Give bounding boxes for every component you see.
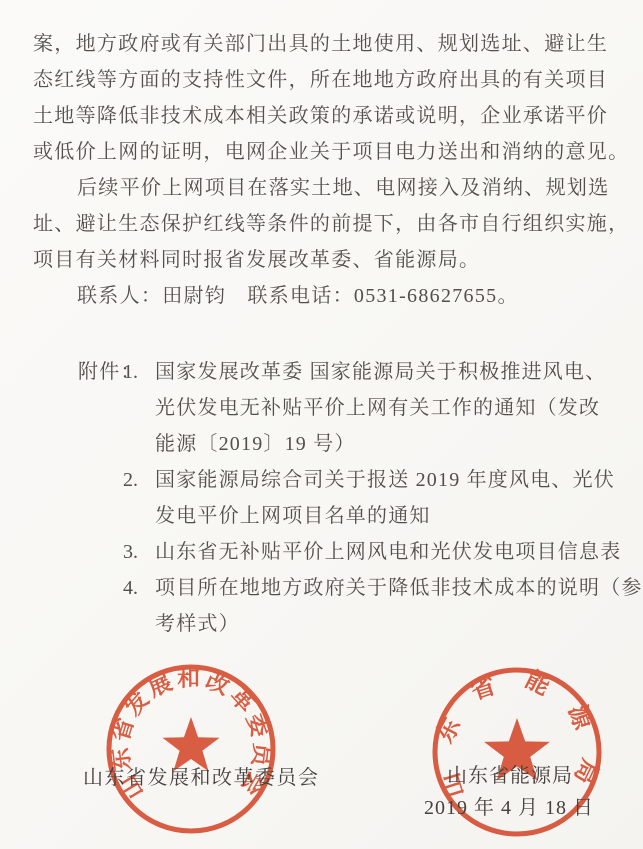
attachments-list: 1. 国家发展改革委 国家能源局关于积极推进风电、 光伏发电无补贴平价上网有关工… <box>155 354 623 642</box>
attachment-number: 1. <box>123 354 138 390</box>
attachment-item: 1. 国家发展改革委 国家能源局关于积极推进风电、 光伏发电无补贴平价上网有关工… <box>155 354 623 462</box>
body-line: 土地等降低非技术成本相关政策的承诺或说明，企业承诺平价 <box>33 98 617 134</box>
body-line: 案，地方政府或有关部门出具的土地使用、规划选址、避让生 <box>33 26 617 62</box>
attachment-number: 3. <box>123 534 138 570</box>
body-line: 址、避让生态保护红线等条件的前提下，由各市自行组织实施， <box>33 206 617 242</box>
attachment-line: 项目所在地地方政府关于降低非技术成本的说明（参 <box>155 570 623 606</box>
document-page: 案，地方政府或有关部门出具的土地使用、规划选址、避让生 态红线等方面的支持性文件… <box>0 0 643 849</box>
body-line: 态红线等方面的支持性文件，所在地地方政府出具的有关项目 <box>33 62 617 98</box>
attachment-line: 光伏发电无补贴平价上网有关工作的通知（发改 <box>155 390 623 426</box>
drc-official-seal-icon: 山东省发展和改革委员会 <box>101 659 281 839</box>
body-line: 或低价上网的证明，电网企业关于项目电力送出和消纳的意见。 <box>33 134 617 170</box>
attachment-line: 国家能源局综合司关于报送 2019 年度风电、光伏 <box>155 462 623 498</box>
attachment-line: 能源〔2019〕19 号） <box>155 426 623 462</box>
attachments-section: 附件： 1. 国家发展改革委 国家能源局关于积极推进风电、 光伏发电无补贴平价上… <box>78 354 623 642</box>
attachment-item: 2. 国家能源局综合司关于报送 2019 年度风电、光伏 发电平价上网项目名单的… <box>155 462 623 534</box>
body-text: 案，地方政府或有关部门出具的土地使用、规划选址、避让生 态红线等方面的支持性文件… <box>33 26 617 314</box>
attachment-number: 4. <box>123 570 138 606</box>
attachment-number: 2. <box>123 462 138 498</box>
body-line: 后续平价上网项目在落实土地、电网接入及消纳、规划选 <box>33 170 617 206</box>
left-org-name: 山东省发展和改革委员会 <box>83 761 320 790</box>
contact-line: 联系人：田尉钧 联系电话：0531-68627655。 <box>33 278 617 314</box>
attachment-line: 考样式） <box>155 606 623 642</box>
body-line: 项目有关材料同时报省发展改革委、省能源局。 <box>33 242 617 278</box>
attachment-item: 3. 山东省无补贴平价上网风电和光伏发电项目信息表 <box>155 534 623 570</box>
attachment-item: 4. 项目所在地地方政府关于降低非技术成本的说明（参 考样式） <box>155 570 623 642</box>
document-date: 2019 年 4 月 18 日 <box>424 791 594 820</box>
attachment-line: 山东省无补贴平价上网风电和光伏发电项目信息表 <box>155 534 623 570</box>
right-org-name: 山东省能源局 <box>447 759 573 788</box>
attachment-line: 国家发展改革委 国家能源局关于积极推进风电、 <box>155 354 623 390</box>
attachment-line: 发电平价上网项目名单的通知 <box>155 498 623 534</box>
